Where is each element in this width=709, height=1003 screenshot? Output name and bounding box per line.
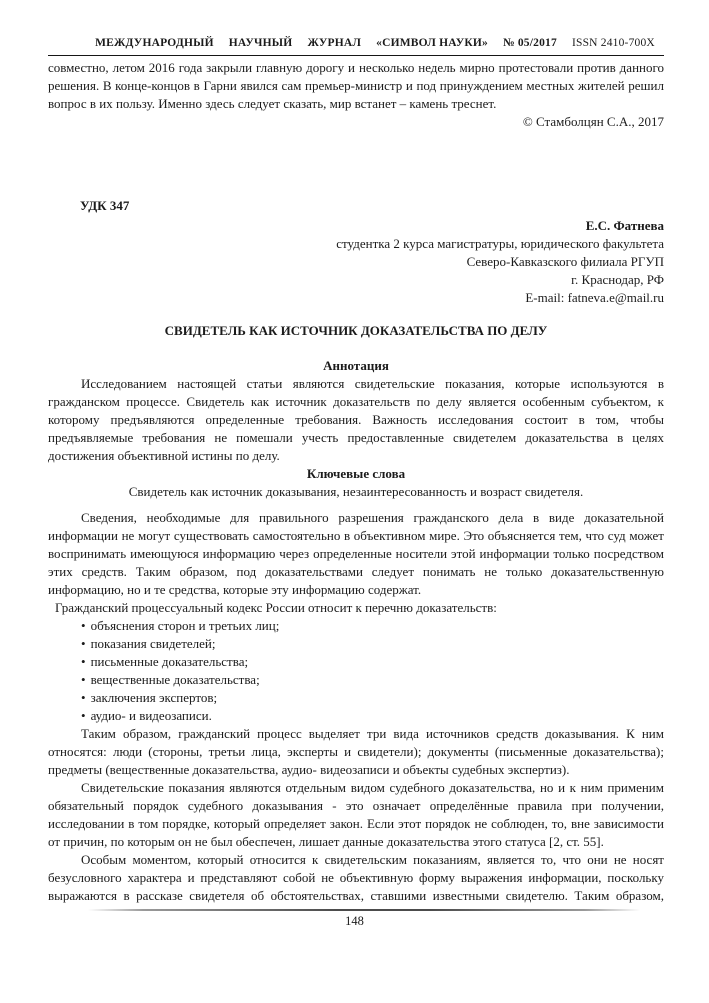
journal-header-word: НАУЧНЫЙ (229, 37, 293, 50)
prev-article-continuation: совместно, летом 2016 года закрыли главн… (48, 59, 664, 113)
journal-header-word: «СИМВОЛ НАУКИ» (376, 37, 488, 50)
list-bullet: • (81, 636, 86, 651)
list-item: •заключения экспертов; (81, 689, 664, 707)
list-bullet: • (81, 618, 86, 633)
body-paragraph-2: Гражданский процессуальный кодекс России… (48, 599, 664, 617)
udk-label: УДК 347 (80, 197, 664, 215)
list-bullet: • (81, 654, 86, 669)
author-email-line: E-mail: fatneva.e@mail.ru (48, 289, 664, 307)
list-item: •показания свидетелей; (81, 635, 664, 653)
journal-header-word: МЕЖДУНАРОДНЫЙ (95, 37, 214, 50)
list-item-text: показания свидетелей; (91, 636, 216, 651)
list-bullet: • (81, 672, 86, 687)
footer-rule (88, 909, 640, 911)
prev-article-copyright: © Стамболцян С.А., 2017 (48, 113, 664, 131)
journal-page: МЕЖДУНАРОДНЫЙ НАУЧНЫЙ ЖУРНАЛ «СИМВОЛ НАУ… (0, 0, 709, 1003)
evidence-list: •объяснения сторон и третьих лиц; •показ… (48, 617, 664, 725)
list-bullet: • (81, 690, 86, 705)
list-bullet: • (81, 708, 86, 723)
article-title: СВИДЕТЕЛЬ КАК ИСТОЧНИК ДОКАЗАТЕЛЬСТВА ПО… (48, 322, 664, 340)
list-item-text: объяснения сторон и третьих лиц; (91, 618, 280, 633)
body-paragraph-4: Свидетельские показания являются отдельн… (48, 779, 664, 851)
author-affiliation-line: Северо-Кавказского филиала РГУП (48, 253, 664, 271)
body-paragraph-3: Таким образом, гражданский процесс выдел… (48, 725, 664, 779)
list-item: •письменные доказательства; (81, 653, 664, 671)
list-item-text: вещественные доказательства; (91, 672, 260, 687)
keywords-heading: Ключевые слова (48, 465, 664, 483)
header-rule (48, 55, 664, 56)
list-item: •вещественные доказательства; (81, 671, 664, 689)
body-paragraph-1: Сведения, необходимые для правильного ра… (48, 509, 664, 599)
journal-header: МЕЖДУНАРОДНЫЙ НАУЧНЫЙ ЖУРНАЛ «СИМВОЛ НАУ… (86, 37, 664, 50)
page-number: 148 (0, 912, 709, 930)
journal-issue-number: № 05/2017 (503, 37, 557, 50)
annotation-text: Исследованием настоящей статьи являются … (48, 375, 664, 465)
author-block: Е.С. Фатнева студентка 2 курса магистрат… (48, 217, 664, 307)
author-affiliation-line: студентка 2 курса магистратуры, юридичес… (48, 235, 664, 253)
list-item: •аудио- и видеозаписи. (81, 707, 664, 725)
issn-label: ISSN 2410-700X (572, 37, 655, 50)
author-location-line: г. Краснодар, РФ (48, 271, 664, 289)
list-item-text: письменные доказательства; (91, 654, 249, 669)
journal-header-word: ЖУРНАЛ (307, 37, 361, 50)
author-name: Е.С. Фатнева (48, 217, 664, 235)
keywords-text: Свидетель как источник доказывания, неза… (48, 483, 664, 501)
annotation-heading: Аннотация (48, 357, 664, 375)
list-item: •объяснения сторон и третьих лиц; (81, 617, 664, 635)
body-paragraph-5: Особым моментом, который относится к сви… (48, 851, 664, 905)
list-item-text: заключения экспертов; (91, 690, 218, 705)
list-item-text: аудио- и видеозаписи. (91, 708, 212, 723)
